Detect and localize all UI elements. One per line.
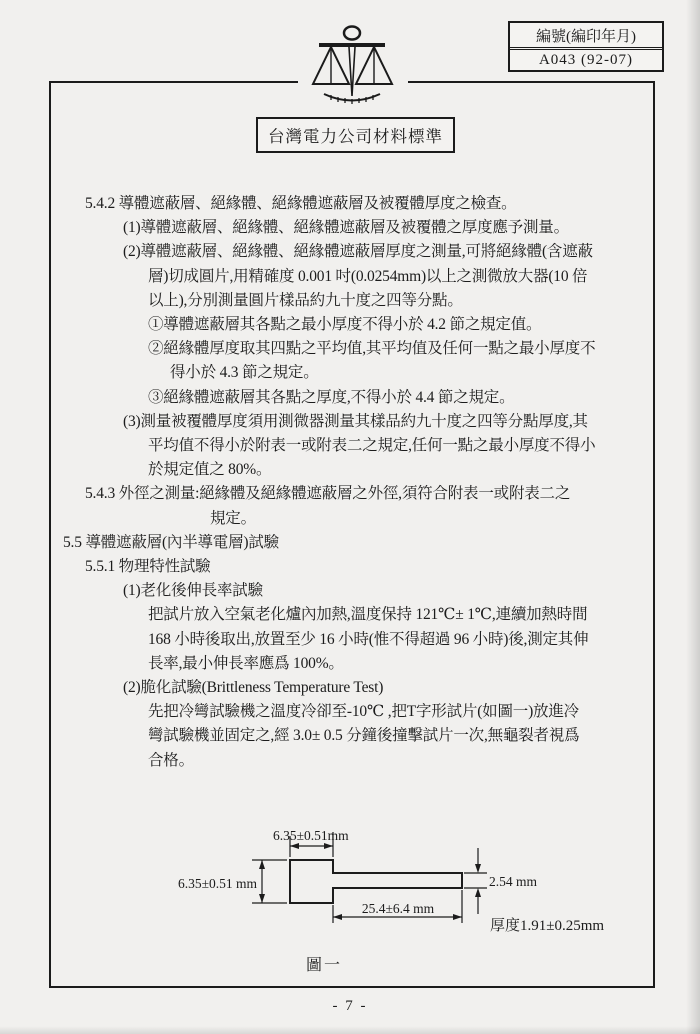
body-text: 5.4.2 導體遮蔽層、絕緣體、絕緣體遮蔽層及被覆體厚度之檢查。(1)導體遮蔽層… bbox=[63, 192, 648, 773]
document-title-box: 台灣電力公司材料標準 bbox=[256, 117, 455, 153]
text-line: (3)測量被覆體厚度須用測微器測量其樣品約九十度之四等分點厚度,其 bbox=[123, 410, 648, 434]
text-line: 層)切成圓片,用精確度 0.001 吋(0.0254mm)以上之測微放大器(10… bbox=[148, 265, 648, 289]
test-piece-outline bbox=[290, 860, 462, 903]
text-line: ③絕緣體遮蔽層其各點之厚度,不得小於 4.4 節之規定。 bbox=[148, 386, 648, 410]
text-line: 5.5 導體遮蔽層(內半導電層)試驗 bbox=[63, 531, 648, 555]
text-line: (1)老化後伸長率試驗 bbox=[123, 579, 648, 603]
dim-bottom-label: 25.4±6.4 mm bbox=[362, 901, 435, 916]
thickness-label: 厚度1.91±0.25mm bbox=[490, 916, 604, 934]
code-value: A043 (92-07) bbox=[510, 49, 662, 70]
text-line: 長率,最小伸長率應爲 100%。 bbox=[148, 652, 648, 676]
dim-right-label: 2.54 mm bbox=[489, 874, 538, 889]
text-line: 先把冷彎試驗機之溫度冷卻至-10℃ ,把T字形試片(如圖一)放進冷 bbox=[148, 700, 648, 724]
test-piece-figure: 6.35±0.51mm 6.35±0.51 mm 25.4±6.4 mm 2.5… bbox=[150, 812, 640, 942]
text-line: 得小於 4.3 節之規定。 bbox=[170, 361, 648, 385]
text-line: (2)導體遮蔽層、絕緣體、絕緣體遮蔽層厚度之測量,可將絕緣體(含遮蔽 bbox=[123, 240, 648, 264]
scan-edge-shadow-bottom bbox=[0, 1026, 700, 1034]
scan-edge-shadow-right bbox=[686, 0, 700, 1034]
figure-caption: 圖一 bbox=[306, 952, 342, 975]
balance-scale-icon bbox=[298, 20, 408, 110]
dim-top-label: 6.35±0.51mm bbox=[273, 828, 349, 843]
text-line: 把試片放入空氣老化爐內加熱,溫度保持 121℃± 1℃,連續加熱時間 bbox=[148, 603, 648, 627]
text-line: 平均值不得小於附表一或附表二之規定,任何一點之最小厚度不得小 bbox=[148, 434, 648, 458]
text-line: 以上),分別測量圓片樣品約九十度之四等分點。 bbox=[148, 289, 648, 313]
text-line: 5.5.1 物理特性試驗 bbox=[85, 555, 648, 579]
text-line: 5.4.3 外徑之測量:絕緣體及絕緣體遮蔽層之外徑,須符合附表一或附表二之 bbox=[85, 482, 648, 506]
text-line: (2)脆化試驗(Brittleness Temperature Test) bbox=[123, 676, 648, 700]
code-label: 編號(編印年月) bbox=[510, 23, 662, 48]
text-line: ②絕緣體厚度取其四點之平均值,其平均值及任何一點之最小厚度不 bbox=[148, 337, 648, 361]
text-line: (1)導體遮蔽層、絕緣體、絕緣體遮蔽層及被覆體之厚度應予測量。 bbox=[123, 216, 648, 240]
text-line: 5.4.2 導體遮蔽層、絕緣體、絕緣體遮蔽層及被覆體厚度之檢查。 bbox=[85, 192, 648, 216]
text-line: ①導體遮蔽層其各點之最小厚度不得小於 4.2 節之規定值。 bbox=[148, 313, 648, 337]
page-number: - 7 - bbox=[0, 998, 700, 1015]
dim-left-label: 6.35±0.51 mm bbox=[178, 876, 258, 891]
text-line: 規定。 bbox=[210, 507, 648, 531]
text-line: 於規定值之 80%。 bbox=[148, 458, 648, 482]
text-line: 合格。 bbox=[148, 749, 648, 773]
document-code-box: 編號(編印年月) A043 (92-07) bbox=[508, 21, 664, 72]
text-line: 168 小時後取出,放置至少 16 小時(惟不得超過 96 小時)後,測定其伸 bbox=[148, 628, 648, 652]
text-line: 彎試驗機並固定之,經 3.0± 0.5 分鐘後撞擊試片一次,無龜裂者視爲 bbox=[148, 724, 648, 748]
document-title: 台灣電力公司材料標準 bbox=[268, 123, 443, 147]
